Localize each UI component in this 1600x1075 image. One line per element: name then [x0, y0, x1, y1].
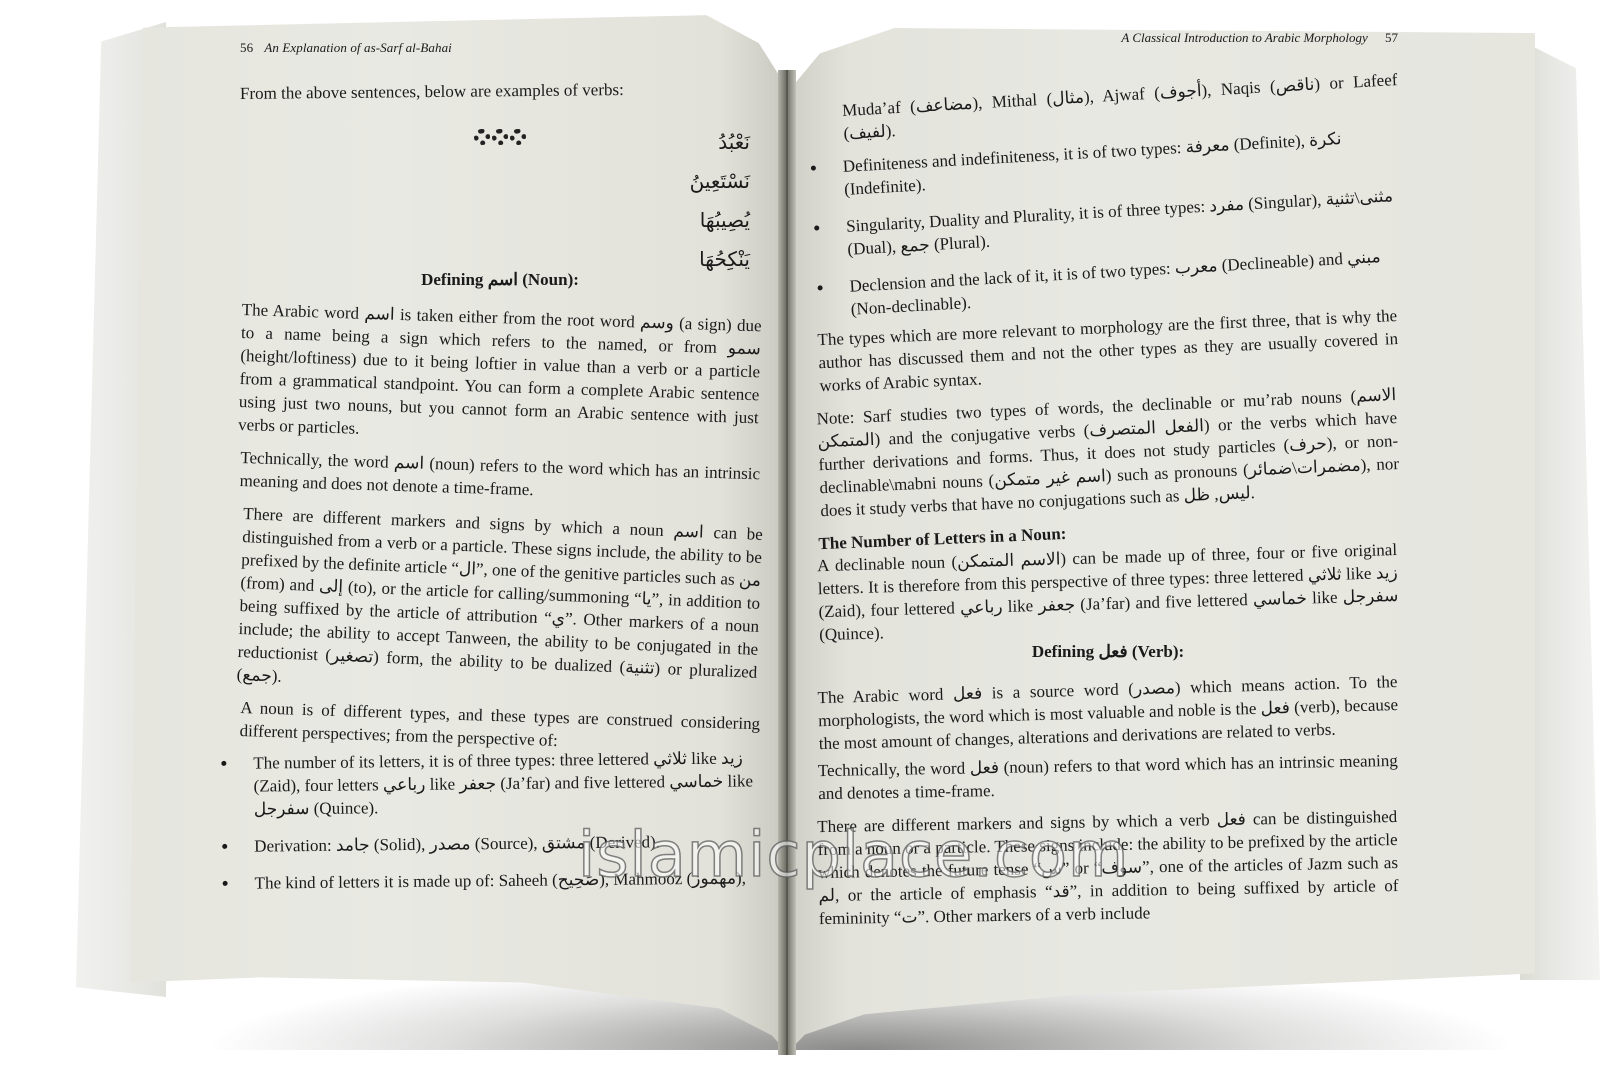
right-running-head: A Classical Introduction to Arabic Morph…	[818, 30, 1398, 46]
intro-sentence: From the above sentences, below are exam…	[240, 77, 760, 105]
verb-paragraph-2: Technically, the word فعل (noun) refers …	[818, 749, 1399, 805]
heading-defining-noun: Defining اسم (Noun):	[240, 270, 760, 290]
page-number-56: 56	[240, 40, 253, 55]
noun-types-list-continued: Definiteness and indefiniteness, it is o…	[804, 124, 1402, 323]
bullet-icon	[814, 225, 819, 230]
open-book: 56 An Explanation of as-Sarf al-Bahai Fr…	[0, 0, 1600, 1075]
noun-paragraph-2: Technically, the word اسم (noun) refers …	[239, 446, 760, 508]
bullet-icon	[221, 761, 226, 766]
section-ornament-icon	[240, 129, 760, 150]
verb-example: نَسْتَعِينُ	[240, 162, 760, 201]
relevance-paragraph: The types which are more relevant to mor…	[817, 304, 1399, 397]
left-page-content: 56 An Explanation of as-Sarf al-Bahai Fr…	[240, 40, 760, 909]
right-page-content: A Classical Introduction to Arabic Morph…	[818, 30, 1398, 930]
bullet-icon	[811, 165, 816, 170]
watermark-text: islamicplace.com	[578, 818, 1129, 891]
heading-defining-verb: Defining فعل (Verb):	[818, 642, 1398, 662]
noun-paragraph-3: There are different markers and signs by…	[236, 502, 763, 707]
bullet-icon	[817, 285, 822, 290]
left-running-head-title: An Explanation of as-Sarf al-Bahai	[264, 40, 452, 55]
page-number-57: 57	[1385, 30, 1398, 45]
left-running-head: 56 An Explanation of as-Sarf al-Bahai	[240, 40, 760, 56]
noun-paragraph-1: The Arabic word اسم is taken either from…	[238, 298, 762, 452]
verb-paragraph-1: The Arabic word فعل is a source word (مص…	[817, 670, 1399, 755]
bullet-icon	[223, 881, 228, 886]
list-item-text: The number of its letters, it is of thre…	[253, 748, 753, 818]
verb-example: يُصِيبُهَا	[240, 201, 760, 240]
letters-paragraph: A declinable noun (الاسم المتمكن) can be…	[817, 538, 1399, 646]
book-gutter	[778, 70, 796, 1055]
sarf-note-paragraph: Note: Sarf studies two types of words, t…	[816, 383, 1400, 522]
right-running-head-title: A Classical Introduction to Arabic Morph…	[1121, 30, 1367, 45]
bullet-icon	[222, 844, 227, 849]
list-item: The number of its letters, it is of thre…	[215, 746, 760, 821]
